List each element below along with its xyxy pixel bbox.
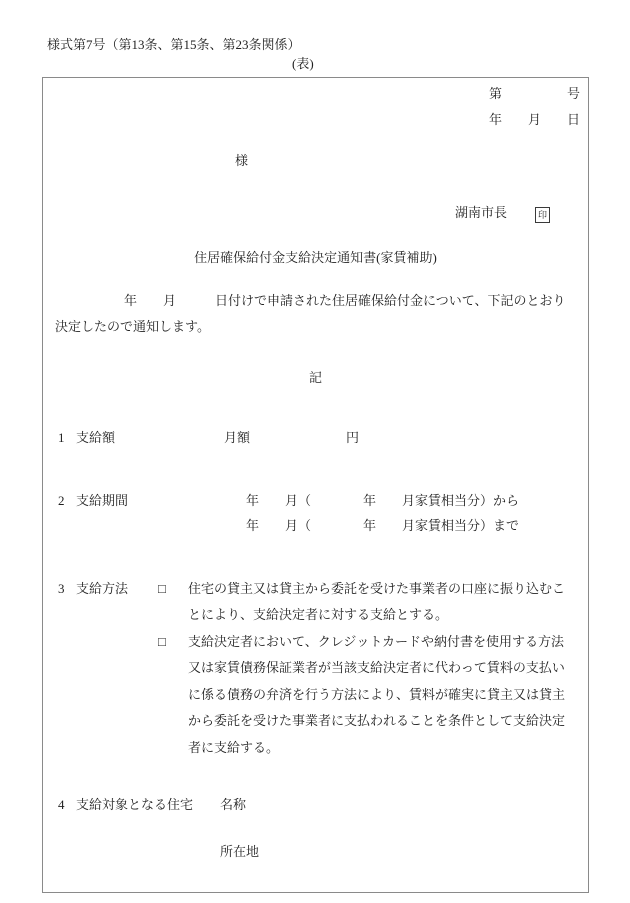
notice-border-box: 第 号 年 月 日 様 湖南市長印 住居確保給付金支給決定通知書(家賃補助) 年… bbox=[42, 77, 589, 893]
item3-option2-line: に係る債務の弁済を行う方法により、賃料が確実に貸主又は貸主 bbox=[188, 686, 565, 703]
issue-date-line: 年 月 日 bbox=[489, 111, 580, 128]
item4-housing-name-label: 名称 bbox=[220, 796, 246, 813]
item3-option1-line: とにより、支給決定者に対する支給とする。 bbox=[188, 606, 448, 623]
item4-housing-location-label: 所在地 bbox=[220, 843, 259, 860]
document-page: 様式第7号（第13条、第15条、第23条関係） (表) 第 号 年 月 日 様 … bbox=[0, 0, 630, 903]
addressee-suffix: 様 bbox=[235, 152, 248, 169]
list-marker: 記 bbox=[43, 369, 588, 386]
seal-mark-icon: 印 bbox=[535, 207, 550, 223]
item3-option2-checkbox-icon: □ bbox=[158, 633, 166, 650]
item2-number: 2 bbox=[58, 492, 65, 509]
issuer-name: 湖南市長 bbox=[455, 205, 507, 220]
item2-period-to-line: 年 月（ 年 月家賃相当分）まで bbox=[246, 517, 519, 534]
form-number-label: 様式第7号（第13条、第15条、第23条関係） bbox=[47, 36, 301, 53]
document-title: 住居確保給付金支給決定通知書(家賃補助) bbox=[43, 249, 588, 266]
issuer-line: 湖南市長印 bbox=[435, 187, 550, 240]
front-side-label: (表) bbox=[292, 55, 314, 72]
item4-number: 4 bbox=[58, 796, 65, 813]
item2-period-from-line: 年 月（ 年 月家賃相当分）から bbox=[246, 492, 519, 509]
item3-option2-line: 者に支給する。 bbox=[188, 739, 279, 756]
item4-label: 支給対象となる住宅 bbox=[76, 796, 193, 813]
item3-option2-line: 又は家賃債務保証業者が当該支給決定者に代わって賃料の支払い bbox=[188, 659, 565, 676]
item3-option1-checkbox-icon: □ bbox=[158, 580, 166, 597]
item3-option1-line: 住宅の貸主又は貸主から委託を受けた事業者の口座に振り込むこ bbox=[188, 580, 565, 597]
item3-option2-line: から委託を受けた事業者に支払われることを条件として支給決定 bbox=[188, 712, 565, 729]
item1-yen-label: 円 bbox=[346, 429, 359, 446]
item2-label: 支給期間 bbox=[76, 492, 128, 509]
item1-label: 支給額 bbox=[76, 429, 115, 446]
item3-option2-line: 支給決定者において、クレジットカードや納付書を使用する方法 bbox=[188, 633, 564, 650]
item1-monthly-amount-label: 月額 bbox=[224, 429, 250, 446]
document-number-line: 第 号 bbox=[489, 85, 580, 102]
item3-number: 3 bbox=[58, 580, 65, 597]
body-line-2: 決定したので通知します。 bbox=[55, 318, 210, 335]
item3-label: 支給方法 bbox=[76, 580, 128, 597]
item1-number: 1 bbox=[58, 429, 65, 446]
body-line-1: 年 月 日付けで申請された住居確保給付金について、下記のとおり bbox=[124, 292, 565, 309]
